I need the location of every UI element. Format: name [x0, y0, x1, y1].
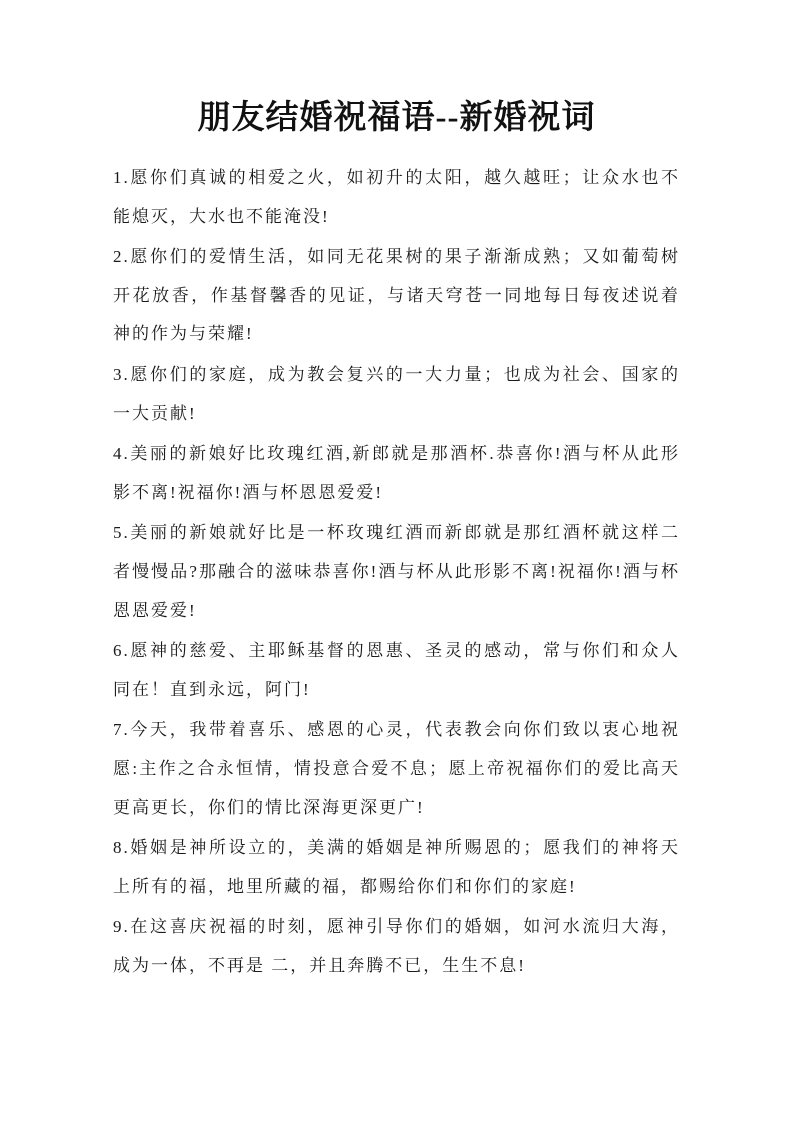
blessing-paragraph-7: 7.今天，我带着喜乐、感恩的心灵，代表教会向你们致以衷心地祝愿:主作之合永恒情，…: [113, 711, 680, 827]
document-title: 朋友结婚祝福语--新婚祝词: [113, 0, 680, 139]
blessing-paragraph-8: 8.婚姻是神所设立的，美满的婚姻是神所赐恩的；愿我们的神将天上所有的福，地里所藏…: [113, 829, 680, 906]
document-page: 朋友结婚祝福语--新婚祝词 1.愿你们真诚的相爱之火，如初升的太阳，越久越旺；让…: [0, 0, 793, 1122]
blessing-paragraph-4: 4.美丽的新娘好比玫瑰红酒,新郎就是那酒杯.恭喜你!酒与杯从此形影不离!祝福你!…: [113, 435, 680, 512]
blessing-paragraph-9: 9.在这喜庆祝福的时刻，愿神引导你们的婚姻，如河水流归大海，成为一体，不再是 二…: [113, 908, 680, 985]
blessing-paragraph-3: 3.愿你们的家庭，成为教会复兴的一大力量；也成为社会、国家的一大贡献!: [113, 356, 680, 433]
blessing-paragraph-6: 6.愿神的慈爱、主耶稣基督的恩惠、圣灵的感动，常与你们和众人同在！直到永远，阿门…: [113, 632, 680, 709]
blessing-paragraph-5: 5.美丽的新娘就好比是一杯玫瑰红酒而新郎就是那红酒杯就这样二者慢慢品?那融合的滋…: [113, 514, 680, 630]
document-content: 朋友结婚祝福语--新婚祝词 1.愿你们真诚的相爱之火，如初升的太阳，越久越旺；让…: [0, 0, 793, 985]
blessing-paragraph-1: 1.愿你们真诚的相爱之火，如初升的太阳，越久越旺；让众水也不能熄灭，大水也不能淹…: [113, 159, 680, 236]
blessing-list: 1.愿你们真诚的相爱之火，如初升的太阳，越久越旺；让众水也不能熄灭，大水也不能淹…: [113, 159, 680, 985]
blessing-paragraph-2: 2.愿你们的爱情生活，如同无花果树的果子渐渐成熟；又如葡萄树开花放香，作基督馨香…: [113, 238, 680, 354]
